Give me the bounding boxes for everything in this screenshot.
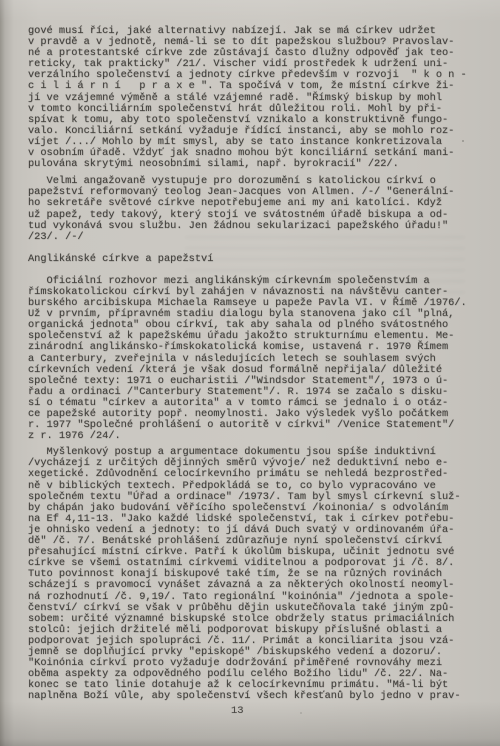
typewritten-text: gové musí říci, jaké alternativy nabízej… [28, 26, 484, 702]
page-number: 13 [231, 705, 244, 717]
section-heading-text: Anglikánské církve a papežství [28, 254, 484, 265]
text-line: jí ve vzájemné výměně a stálé vzájemné r… [28, 93, 484, 104]
text-line: ná rozhodnutí /č. 9,19/. Tato regionální… [28, 592, 484, 603]
text-line: ně v biblických textech. Předpokládá se … [28, 481, 484, 492]
text-line: scházejí s pravomocí vynášet závazná a z… [28, 580, 484, 591]
paragraph: gové musí říci, jaké alternativy nabízej… [28, 26, 484, 170]
text-line: z r. 1976 /24/. [28, 431, 484, 442]
text-line: naplněna Boží vůle, aby společenství vše… [28, 691, 484, 702]
text-line: už papež, tedy takový, který stojí ve sv… [28, 210, 484, 221]
scan-speck [300, 712, 302, 714]
text-line: c i l i á r n í p r a x e ". Ta spočívá … [28, 81, 484, 92]
text-line: xegetické. Zdůvodnění celocírkevního pri… [28, 469, 484, 480]
paragraph: Velmi angažovaně vystupuje pro dorozuměn… [28, 176, 484, 243]
text-line: /23/. /-/ [28, 232, 484, 243]
scanned-page: gové musí říci, jaké alternativy nabízej… [0, 0, 500, 746]
paragraph: Myšlenkový postup a argumentace dokument… [28, 447, 484, 702]
text-line: pulována skrytými neosobními silami, nap… [28, 159, 484, 170]
text-line: tud vykonává svou službu. Jen žádnou sek… [28, 221, 484, 232]
text-line: ho sekretáře světové církve nepotřebujem… [28, 198, 484, 209]
section-heading: Anglikánské církve a papežství [28, 254, 484, 265]
paragraph: Oficiální rozhovor mezi anglikánským cír… [28, 276, 484, 442]
text-line: zinárodní anglikánsko-římskokatolická ko… [28, 342, 484, 353]
text-line: a Canterbury, zveřejnila v následujících… [28, 354, 484, 365]
